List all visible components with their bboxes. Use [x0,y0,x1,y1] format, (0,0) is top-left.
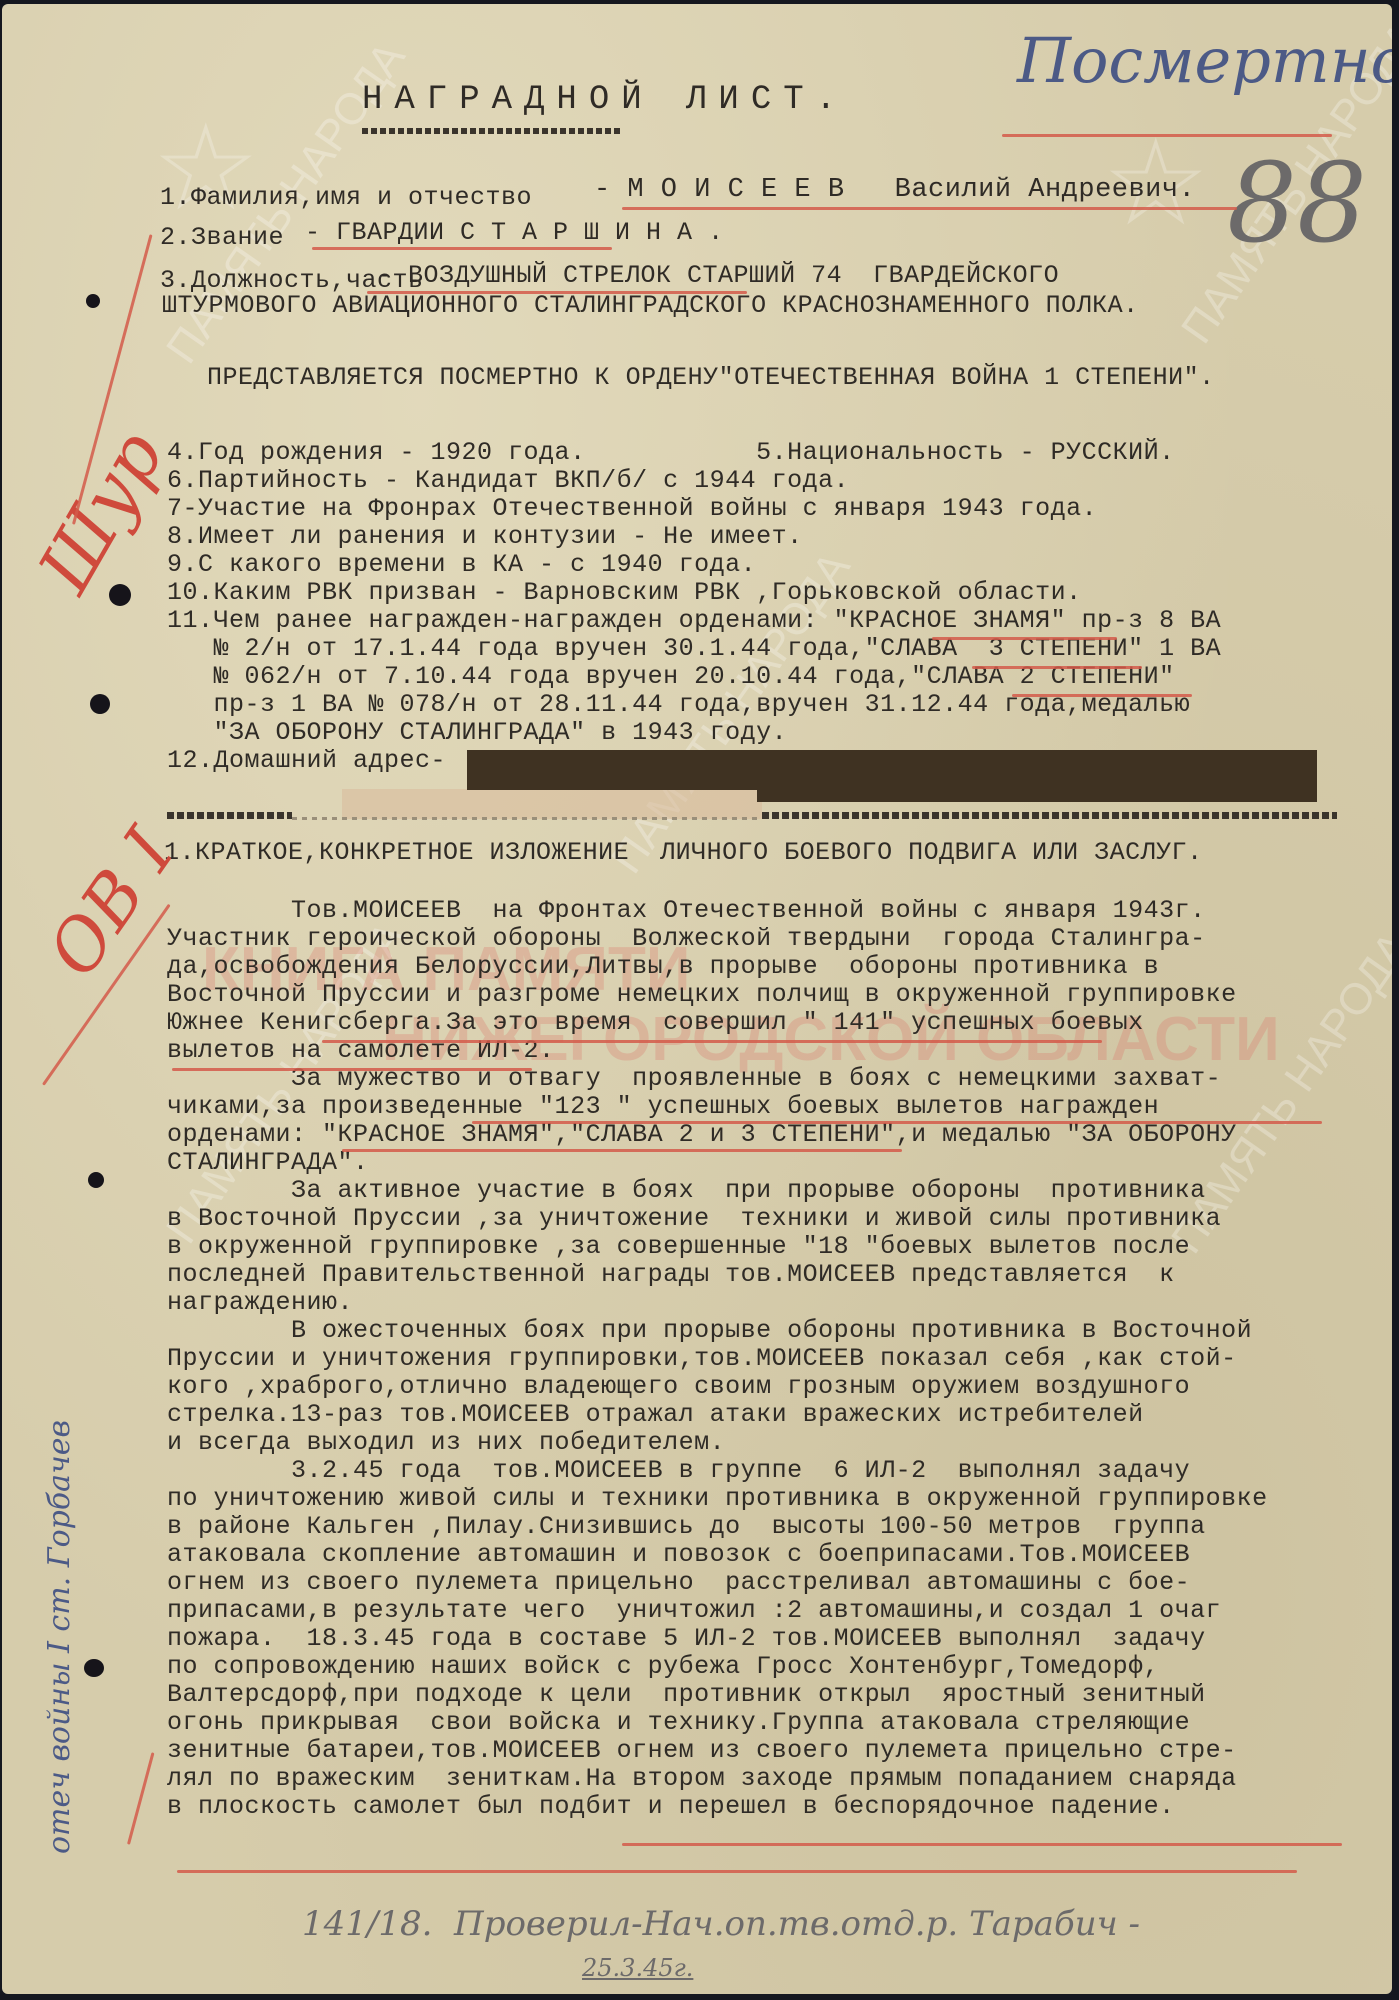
narrative-body: Тов.МОИСЕЕВ на Фронтах Отечественной вой… [167,897,1382,1821]
red-pencil-stroke [127,1752,154,1845]
body-line: Участник героической обороны Волжеской т… [167,925,1382,953]
detail-previous-awards: № 2/н от 17.1.44 года вручен 30.1.44 год… [167,635,1382,663]
red-pencil-underline [172,1068,532,1071]
body-line: орденами: "КРАСНОЕ ЗНАМЯ","СЛАВА 2 и 3 С… [167,1121,1382,1149]
red-pencil-underline [622,1843,1342,1846]
field-full-name-label: 1.Фамилия,имя и отчество [160,184,532,212]
body-line: В ожесточенных боях при прорыве обороны … [167,1317,1382,1345]
body-line: по сопровождению наших войск с рубежа Гр… [167,1653,1382,1681]
field-position-value: - ВОЗДУШНЫЙ СТРЕЛОК СТАРШИЙ 74 ГВАРДЕЙСК… [377,262,1059,290]
detail-front-participation: 7-Участие на Фронрах Отечественной войны… [167,495,1382,523]
body-line: и всегда выходил из них победителем. [167,1429,1382,1457]
document-title: НАГРАДНОЙ ЛИСТ. [362,86,848,114]
body-line: Тов.МОИСЕЕВ на Фронтах Отечественной вой… [167,897,1382,925]
field-position-value-line2: ШТУРМОВОГО АВИАЦИОННОГО СТАЛИНГРАДСКОГО … [162,292,1139,320]
red-pencil-underline [472,1121,1322,1124]
field-rank-value: - ГВАРДИИ С Т А Р Ш И Н А . [305,219,724,247]
detail-birth-nationality: 4.Год рождения - 1920 года. 5.Национальн… [167,439,1382,467]
body-line: припасами,в результате чего уничтожил :2… [167,1597,1382,1625]
personal-details: 4.Год рождения - 1920 года. 5.Национальн… [167,439,1382,775]
body-line: зенитные батареи,тов.МОИСЕЕВ огнем из св… [167,1737,1382,1765]
punch-hole [109,584,131,606]
detail-previous-awards: 11.Чем ранее награжден-награжден орденам… [167,607,1382,635]
handwritten-date: 25.3.45г. [582,1954,693,1982]
detail-draft-office: 10.Каким РВК призван - Варновским РВК ,Г… [167,579,1382,607]
red-pencil-underline [342,1149,902,1152]
redacted-address [467,750,762,790]
body-line: в Восточной Пруссии ,за уничтожение техн… [167,1205,1382,1233]
body-line: Пруссии и уничтожения группировки,тов.МО… [167,1345,1382,1373]
body-line: огонь прикрывая свои войска и технику.Гр… [167,1709,1382,1737]
detail-previous-awards: № 062/н от 7.10.44 года вручен 20.10.44 … [167,663,1382,691]
red-pencil-underline [177,1870,1297,1873]
body-line: Южнее Кенигсберга.За это время совершил … [167,1009,1382,1037]
body-line: огнем из своего пулемета прицельно расст… [167,1569,1382,1597]
body-line: стрелка.13-раз тов.МОИСЕЕВ отражал атаки… [167,1401,1382,1429]
body-line: да,освобождения Белоруссии,Литвы,в проры… [167,953,1382,981]
body-line: последней Правительственной награды тов.… [167,1261,1382,1289]
detail-service-since: 9.С какого времени в КА - с 1940 года. [167,551,1382,579]
title-underline [362,128,622,134]
body-line: в окруженной группировке ,за совершенные… [167,1233,1382,1261]
red-pencil-underline [622,207,1237,210]
body-line: лял по вражеским зениткам.На втором захо… [167,1765,1382,1793]
body-line: в плоскость самолет был подбит и перешел… [167,1793,1382,1821]
body-line: За активное участие в боях при прорыве о… [167,1177,1382,1205]
handwritten-verification: 141/18. Проверил-Нач.оп.тв.отд.р. Тараби… [302,1904,1140,1944]
field-rank-label: 2.Звание [160,224,284,252]
body-line: атаковала скопление автомашин и повозок … [167,1541,1382,1569]
detail-wounds: 8.Имеет ли ранения и контузии - Не имеет… [167,523,1382,551]
body-line: по уничтожению живой силы и техники прот… [167,1485,1382,1513]
redaction-overlay [342,789,762,819]
award-sheet: ☆ ☆ ПАМЯТЬ НАРОДА ПАМЯТЬ НАРОДА ПАМЯТЬ Н… [2,4,1392,1994]
body-line: награждению. [167,1289,1382,1317]
red-pencil-underline [932,637,1117,640]
body-line: пожара. 18.3.45 года в составе 5 ИЛ-2 то… [167,1625,1382,1653]
redacted-address [757,750,1317,802]
nomination-statement: ПРЕДСТАВЛЯЕТСЯ ПОСМЕРТНО К ОРДЕНУ"ОТЕЧЕС… [207,364,1215,392]
punch-hole [84,1659,104,1677]
punch-hole [86,294,100,308]
detail-previous-awards: пр-з 1 ВА № 078/н от 28.11.44 года,вруче… [167,691,1382,719]
section-heading: 1.КРАТКОЕ,КОНКРЕТНОЕ ИЗЛОЖЕНИЕ ЛИЧНОГО Б… [164,839,1203,867]
body-line: Восточной Пруссии и разгроме немецких по… [167,981,1382,1009]
punch-hole [90,694,110,714]
red-margin-scribble: Шур [22,417,180,606]
body-line: кого ,храброго,отлично владеющего своим … [167,1373,1382,1401]
red-pencil-underline [972,666,1142,669]
red-pencil-underline [1012,694,1192,697]
separator-line [762,812,1337,819]
red-pencil-underline [367,291,747,294]
handwritten-posthumously: Посмертно [1017,24,1392,97]
red-pencil-underline [312,247,612,250]
star-watermark-icon: ☆ [152,99,260,238]
field-full-name-value: - М О И С Е Е В Василий Андреевич. [594,176,1195,204]
red-pencil-underline [1002,134,1332,137]
body-line: 3.2.45 года тов.МОИСЕЕВ в группе 6 ИЛ-2 … [167,1457,1382,1485]
vertical-margin-note: отеч войны I ст. Горбачев [42,1420,77,1854]
body-line: СТАЛИНГРАДА". [167,1149,1382,1177]
punch-hole [88,1172,104,1188]
red-pencil-underline [322,1040,1102,1043]
handwritten-number: 88 [1227,139,1367,267]
body-line: в районе Кальген ,Пилау.Снизившись до вы… [167,1513,1382,1541]
body-line: чиками,за произведенные "123 " успешных … [167,1093,1382,1121]
separator-line [292,817,762,820]
detail-party: 6.Партийность - Кандидат ВКП/б/ с 1944 г… [167,467,1382,495]
separator-line [167,812,292,819]
detail-previous-awards: "ЗА ОБОРОНУ СТАЛИНГРАДА" в 1943 году. [167,719,1382,747]
body-line: Валтерсдорф,при подходе к цели противник… [167,1681,1382,1709]
